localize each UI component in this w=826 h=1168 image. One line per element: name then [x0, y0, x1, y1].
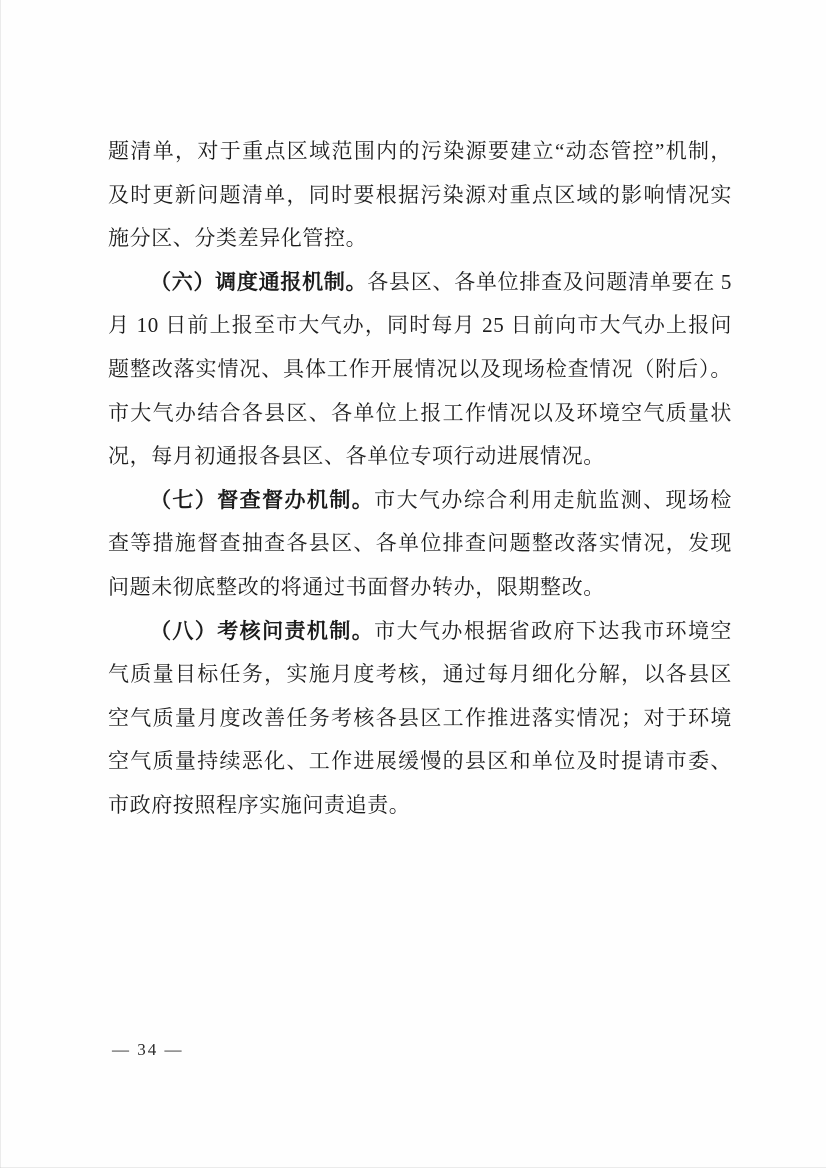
document-body: 题清单，对于重点区域范围内的污染源要建立“动态管控”机制，及时更新问题清单，同时…: [108, 130, 732, 828]
paragraph-text: 题清单，对于重点区域范围内的污染源要建立“动态管控”机制，及时更新问题清单，同时…: [108, 139, 732, 250]
paragraph-heading: （七）督查督办机制。: [150, 488, 374, 512]
document-page: 题清单，对于重点区域范围内的污染源要建立“动态管控”机制，及时更新问题清单，同时…: [0, 0, 826, 1168]
paragraph-heading: （八）考核问责机制。: [150, 619, 374, 643]
page-footer: — 34 —: [112, 1040, 184, 1060]
paragraph-mechanism-8: （八）考核问责机制。市大气办根据省政府下达我市环境空气质量目标任务，实施月度考核…: [108, 610, 732, 828]
page-number: — 34 —: [112, 1040, 184, 1059]
paragraph-mechanism-6: （六）调度通报机制。各县区、各单位排查及问题清单要在 5 月 10 日前上报至市…: [108, 261, 732, 479]
paragraph-mechanism-7: （七）督查督办机制。市大气办综合利用走航监测、现场检查等措施督查抽查各县区、各单…: [108, 479, 732, 610]
paragraph-heading: （六）调度通报机制。: [150, 270, 367, 294]
paragraph-continuation: 题清单，对于重点区域范围内的污染源要建立“动态管控”机制，及时更新问题清单，同时…: [108, 130, 732, 261]
paragraph-text: 市大气办根据省政府下达我市环境空气质量目标任务，实施月度考核，通过每月细化分解，…: [108, 619, 732, 817]
paragraph-text: 各县区、各单位排查及问题清单要在 5 月 10 日前上报至市大气办，同时每月 2…: [108, 270, 732, 468]
